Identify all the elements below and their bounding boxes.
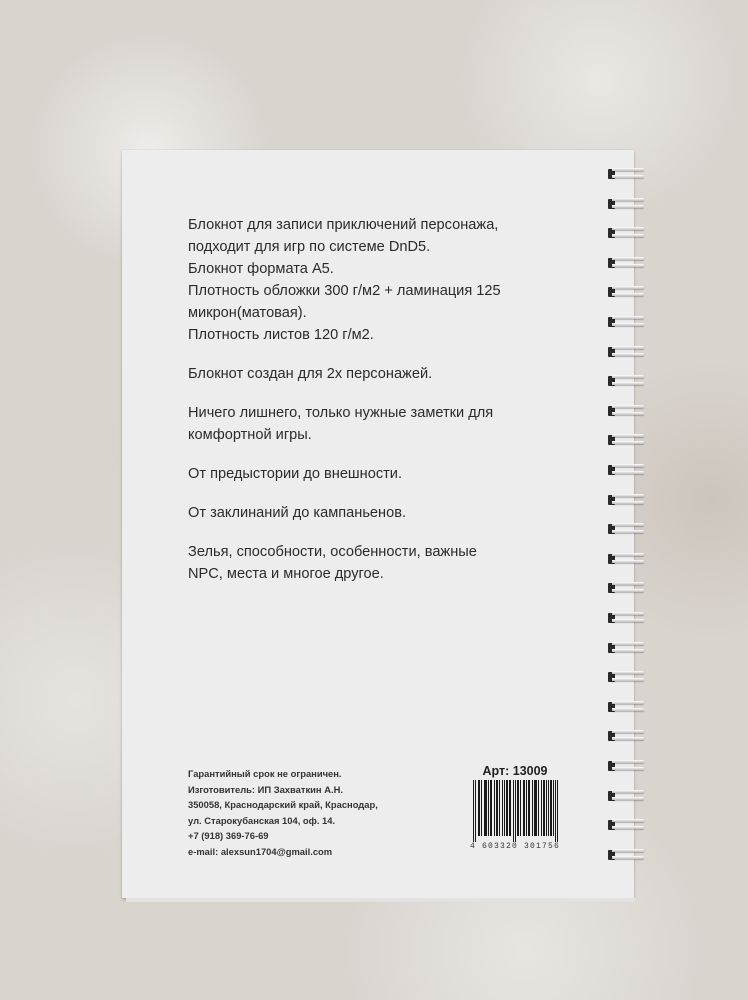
spiral-ring-icon xyxy=(606,492,646,508)
spiral-ring-icon xyxy=(606,758,646,774)
wire-loop xyxy=(612,530,644,533)
wire-loop xyxy=(612,612,644,615)
description-line: Блокнот создан для 2х персонажей. xyxy=(188,363,548,385)
spiral-ring-icon xyxy=(606,551,646,567)
spiral-ring-icon xyxy=(606,403,646,419)
description-line: микрон(матовая). xyxy=(188,302,548,324)
spiral-ring-icon xyxy=(606,166,646,182)
spiral-ring-icon xyxy=(606,580,646,596)
wire-loop xyxy=(612,412,644,415)
spiral-ring-icon xyxy=(606,699,646,715)
wire-loop xyxy=(612,382,644,385)
spiral-ring-icon xyxy=(606,669,646,685)
description-line: Плотность обложки 300 г/м2 + ламинация 1… xyxy=(188,280,548,302)
spiral-ring-icon xyxy=(606,255,646,271)
wire-loop xyxy=(612,790,644,793)
wire-loop xyxy=(612,494,644,497)
spiral-ring-icon xyxy=(606,462,646,478)
wire-loop xyxy=(612,560,644,563)
description-line: Зелья, способности, особенности, важные xyxy=(188,541,548,563)
manufacturer-info: Гарантийный срок не ограничен.Изготовите… xyxy=(188,766,418,859)
wire-loop xyxy=(612,175,644,178)
wire-loop xyxy=(612,708,644,711)
barcode-digits: 4 603320 301756 xyxy=(470,842,558,851)
wire-loop xyxy=(612,730,644,733)
spiral-ring-icon xyxy=(606,196,646,212)
wire-loop xyxy=(612,264,644,267)
wire-loop xyxy=(612,227,644,230)
wire-loop xyxy=(612,849,644,852)
wire-loop xyxy=(612,234,644,237)
wire-loop xyxy=(612,856,644,859)
description-line: Блокнот для записи приключений персонажа… xyxy=(188,214,548,236)
wire-loop xyxy=(612,767,644,770)
manufacturer-line: 350058, Краснодарский край, Краснодар, xyxy=(188,797,418,813)
wire-loop xyxy=(612,168,644,171)
wire-loop xyxy=(612,375,644,378)
spiral-ring-icon xyxy=(606,284,646,300)
wire-loop xyxy=(612,441,644,444)
wire-loop xyxy=(612,523,644,526)
spiral-ring-icon xyxy=(606,314,646,330)
manufacturer-line: +7 (918) 369-76-69 xyxy=(188,828,418,844)
manufacturer-line: Гарантийный срок не ограничен. xyxy=(188,766,418,782)
description-line: От предыстории до внешности. xyxy=(188,463,548,485)
wire-loop xyxy=(612,434,644,437)
wire-loop xyxy=(612,353,644,356)
description-line: NPC, места и многое другое. xyxy=(188,563,548,585)
wire-loop xyxy=(612,760,644,763)
description-line: Блокнот формата А5. xyxy=(188,258,548,280)
description-line: Плотность листов 120 г/м2. xyxy=(188,324,548,346)
wire-loop xyxy=(612,198,644,201)
spiral-ring-icon xyxy=(606,728,646,744)
wire-loop xyxy=(612,678,644,681)
description-paragraph: Зелья, способности, особенности, важныеN… xyxy=(188,541,548,585)
description-paragraph: Ничего лишнего, только нужные заметки дл… xyxy=(188,402,548,446)
wire-loop xyxy=(612,405,644,408)
wire-loop xyxy=(612,819,644,822)
spiral-ring-icon xyxy=(606,817,646,833)
spiral-ring-icon xyxy=(606,610,646,626)
description-line: Ничего лишнего, только нужные заметки дл… xyxy=(188,402,548,424)
barcode-icon xyxy=(472,780,558,842)
wire-loop xyxy=(612,671,644,674)
wire-loop xyxy=(612,205,644,208)
description-paragraph: От заклинаний до кампаньенов. xyxy=(188,502,548,524)
description-line: От заклинаний до кампаньенов. xyxy=(188,502,548,524)
manufacturer-line: Изготовитель: ИП Захваткин А.Н. xyxy=(188,782,418,798)
spiral-ring-icon xyxy=(606,373,646,389)
manufacturer-line: ул. Старокубанская 104, оф. 14. xyxy=(188,813,418,829)
wire-loop xyxy=(612,293,644,296)
wire-loop xyxy=(612,582,644,585)
product-description: Блокнот для записи приключений персонажа… xyxy=(188,214,548,602)
wire-loop xyxy=(612,257,644,260)
description-line: подходит для игр по системе DnD5. xyxy=(188,236,548,258)
manufacturer-line: e-mail: alexsun1704@gmail.com xyxy=(188,844,418,860)
wire-loop xyxy=(612,501,644,504)
wire-loop xyxy=(612,471,644,474)
spiral-ring-icon xyxy=(606,640,646,656)
description-paragraph: От предыстории до внешности. xyxy=(188,463,548,485)
description-paragraph: Блокнот для записи приключений персонажа… xyxy=(188,214,548,346)
wire-loop xyxy=(612,737,644,740)
wire-loop xyxy=(612,589,644,592)
wire-loop xyxy=(612,826,644,829)
spiral-binding xyxy=(606,166,656,886)
spiral-ring-icon xyxy=(606,521,646,537)
description-paragraph: Блокнот создан для 2х персонажей. xyxy=(188,363,548,385)
spiral-ring-icon xyxy=(606,847,646,863)
wire-loop xyxy=(612,619,644,622)
spiral-ring-icon xyxy=(606,788,646,804)
wire-loop xyxy=(612,286,644,289)
page-edge xyxy=(126,898,636,902)
wire-loop xyxy=(612,316,644,319)
wire-loop xyxy=(612,797,644,800)
notebook-back-cover: Блокнот для записи приключений персонажа… xyxy=(122,150,634,898)
wire-loop xyxy=(612,553,644,556)
spiral-ring-icon xyxy=(606,432,646,448)
barcode-block: Арт: 13009 4 603320 301756 xyxy=(468,764,558,851)
article-number: Арт: 13009 xyxy=(472,764,558,778)
wire-loop xyxy=(612,464,644,467)
wire-loop xyxy=(612,642,644,645)
wire-loop xyxy=(612,649,644,652)
description-line: комфортной игры. xyxy=(188,424,548,446)
wire-loop xyxy=(612,346,644,349)
wire-loop xyxy=(612,323,644,326)
spiral-ring-icon xyxy=(606,344,646,360)
spiral-ring-icon xyxy=(606,225,646,241)
wire-loop xyxy=(612,701,644,704)
